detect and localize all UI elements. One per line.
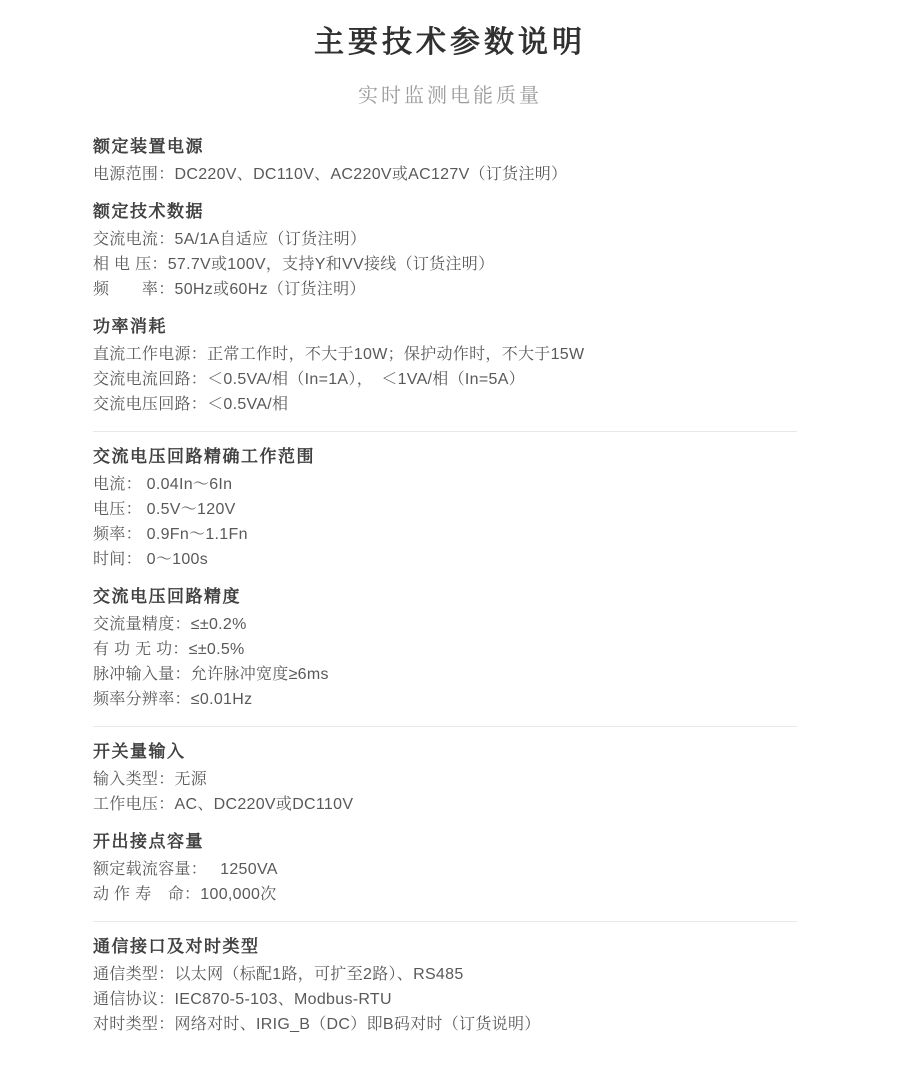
spec-line: 脉冲输入量：允许脉冲宽度≥6ms [93,662,797,687]
section-communication-and-time-sync: 通信接口及对时类型 通信类型：以太网（标配1路，可扩至2路）、RS485 通信协… [93,934,797,1037]
spec-line: 通信协议：IEC870-5-103、Modbus-RTU [93,987,797,1012]
section-switch-input: 开关量输入 输入类型：无源 工作电压：AC、DC220V或DC110V [93,739,797,817]
spec-line: 交流电流：5A/1A自适应（订货注明） [93,227,797,252]
spec-line: 通信类型：以太网（标配1路，可扩至2路）、RS485 [93,962,797,987]
spec-line: 电源范围：DC220V、DC110V、AC220V或AC127V（订货注明） [93,162,797,187]
section-power-consumption: 功率消耗 直流工作电源：正常工作时，不大于10W；保护动作时，不大于15W 交流… [93,314,797,417]
section-heading: 功率消耗 [93,314,797,339]
spec-line: 交流电压回路：＜0.5VA/相 [93,392,797,417]
divider [93,921,797,922]
spec-line: 频率： 0.9Fn～1.1Fn [93,522,797,547]
section-ac-voltage-circuit-accuracy: 交流电压回路精度 交流量精度：≤±0.2% 有 功 无 功：≤±0.5% 脉冲输… [93,584,797,712]
spec-line: 输入类型：无源 [93,767,797,792]
spec-line: 交流电流回路：＜0.5VA/相（In=1A）， ＜1VA/相（In=5A） [93,367,797,392]
divider [93,431,797,432]
spec-line: 工作电压：AC、DC220V或DC110V [93,792,797,817]
section-heading: 交流电压回路精度 [93,584,797,609]
spec-content: 额定装置电源 电源范围：DC220V、DC110V、AC220V或AC127V（… [93,106,797,1061]
spec-line: 频 率：50Hz或60Hz（订货注明） [93,277,797,302]
section-heading: 额定装置电源 [93,134,797,159]
spec-page: 主要技术参数说明 实时监测电能质量 额定装置电源 电源范围：DC220V、DC1… [0,0,900,1065]
spec-line: 动 作 寿 命：100,000次 [93,882,797,907]
spec-line: 电压： 0.5V～120V [93,497,797,522]
spec-line: 电流： 0.04In～6In [93,472,797,497]
section-rated-device-power: 额定装置电源 电源范围：DC220V、DC110V、AC220V或AC127V（… [93,134,797,187]
spec-line: 交流量精度：≤±0.2% [93,612,797,637]
page-title: 主要技术参数说明 [0,28,900,58]
section-heading: 开出接点容量 [93,829,797,854]
spec-line: 直流工作电源：正常工作时，不大于10W；保护动作时，不大于15W [93,342,797,367]
divider [93,726,797,727]
spec-line: 时间： 0～100s [93,547,797,572]
spec-line: 对时类型：网络对时、IRIG_B（DC）即B码对时（订货说明） [93,1012,797,1037]
section-ac-voltage-accurate-working-range: 交流电压回路精确工作范围 电流： 0.04In～6In 电压： 0.5V～120… [93,444,797,572]
spec-line: 频率分辨率：≤0.01Hz [93,687,797,712]
section-heading: 开关量输入 [93,739,797,764]
page-subtitle: 实时监测电能质量 [0,86,900,106]
section-heading: 通信接口及对时类型 [93,934,797,959]
section-heading: 交流电压回路精确工作范围 [93,444,797,469]
spec-line: 相 电 压：57.7V或100V，支持Y和VV接线（订货注明） [93,252,797,277]
section-output-contact-capacity: 开出接点容量 额定载流容量： 1250VA 动 作 寿 命：100,000次 [93,829,797,907]
spec-line: 额定载流容量： 1250VA [93,857,797,882]
section-heading: 额定技术数据 [93,199,797,224]
spec-line: 有 功 无 功：≤±0.5% [93,637,797,662]
section-rated-technical-data: 额定技术数据 交流电流：5A/1A自适应（订货注明） 相 电 压：57.7V或1… [93,199,797,302]
